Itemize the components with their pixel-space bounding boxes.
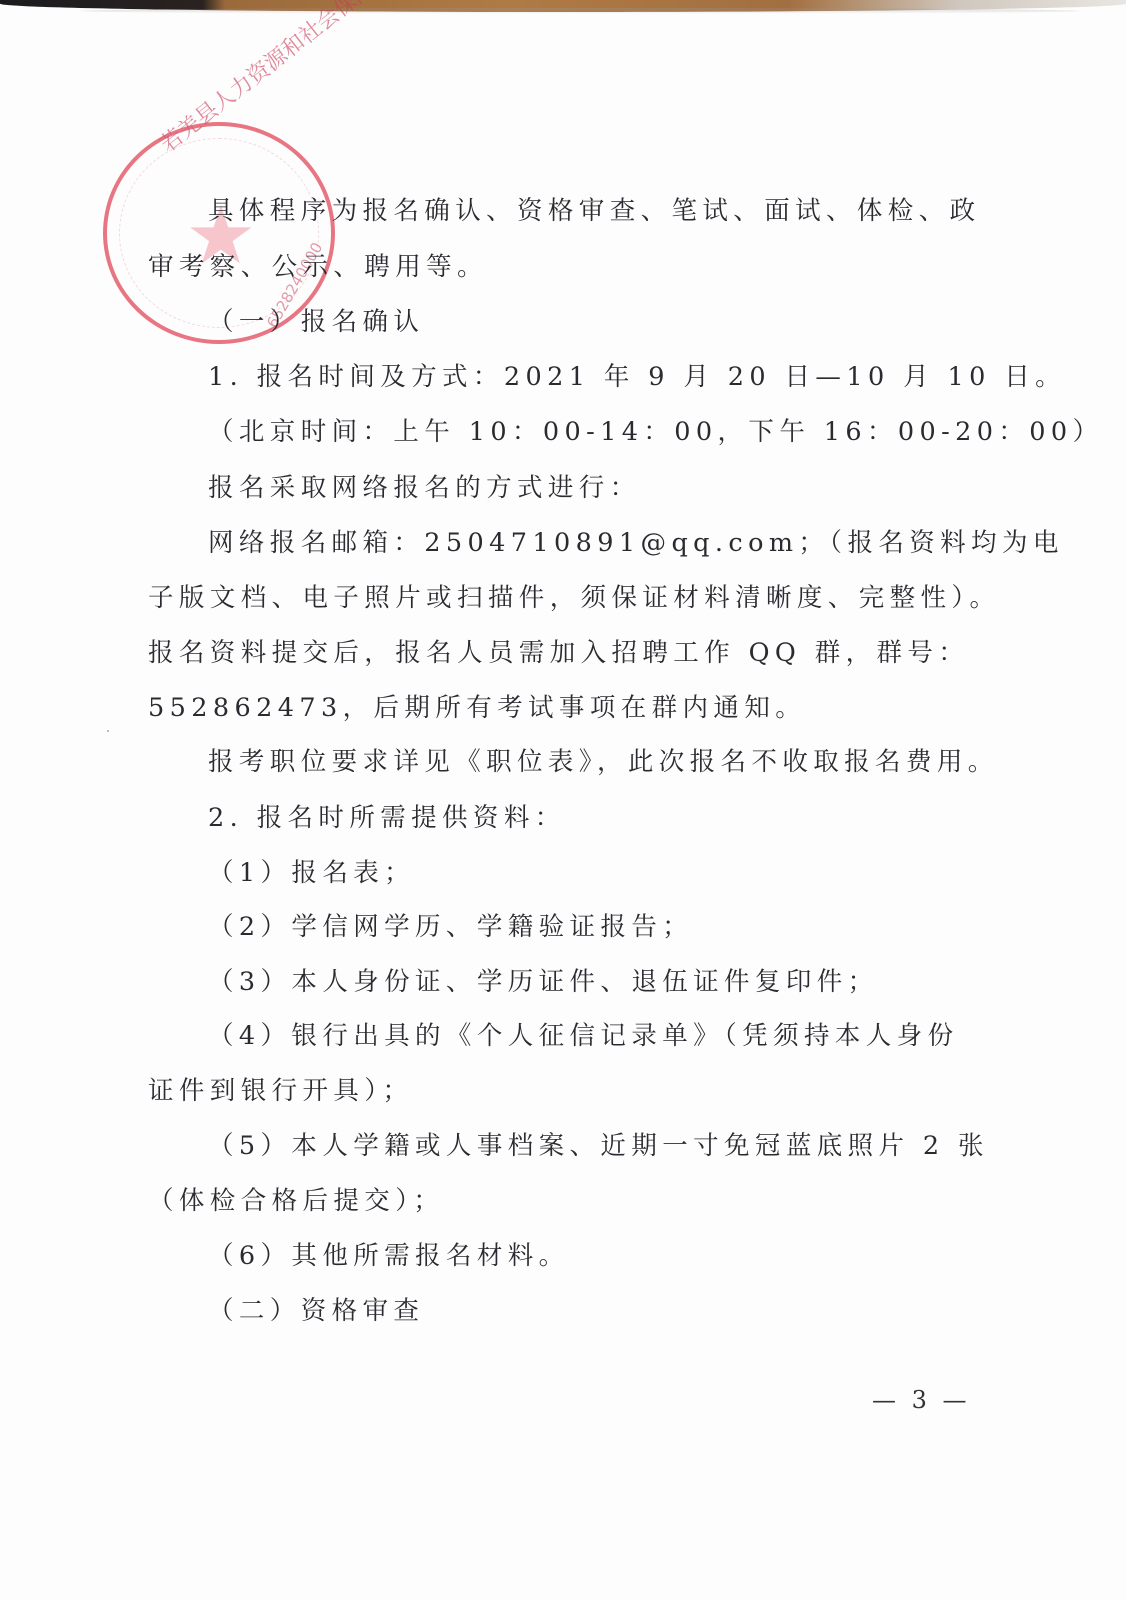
paragraph-registration-time: 1. 报名时间及方式：2021 年 9 月 20 日—10 月 10 日。	[208, 362, 1066, 392]
paragraph-email-cont: 子版文档、电子照片或扫描件，须保证材料清晰度、完整性）。	[148, 583, 1000, 613]
paragraph-email: 网络报名邮箱：2504710891@qq.com；（报名资料均为电	[208, 528, 1064, 558]
page-number: — 3 —	[872, 1386, 971, 1414]
list-item-3: （3）本人身份证、学历证件、退伍证件复印件；	[208, 967, 879, 997]
paragraph-qq-group: 报名资料提交后，报名人员需加入招聘工作 QQ 群，群号：	[148, 638, 969, 668]
list-item-4-cont: 证件到银行开具）；	[148, 1076, 413, 1106]
section-heading-registration: （一）报名确认	[208, 307, 424, 337]
seal-text: 若羌县人力资源和社会保障局	[153, 0, 397, 158]
paragraph-online-method: 报名采取网络报名的方式进行：	[208, 473, 641, 503]
section-heading-qualification: （二）资格审查	[208, 1296, 424, 1326]
paragraph-qq-group-cont: 552862473，后期所有考试事项在群内通知。	[148, 693, 806, 723]
paragraph-procedure: 具体程序为报名确认、资格审查、笔试、面试、体检、政	[208, 196, 981, 226]
list-item-1: （1）报名表；	[208, 858, 415, 888]
list-item-6: （6）其他所需报名材料。	[208, 1241, 570, 1271]
scan-speck	[107, 730, 109, 732]
list-item-5: （5）本人学籍或人事档案、近期一寸免冠蓝底照片 2 张	[208, 1131, 989, 1161]
paragraph-required-materials: 2. 报名时所需提供资料：	[208, 803, 566, 833]
list-item-5-cont: （体检合格后提交）；	[148, 1186, 444, 1216]
list-item-4: （4）银行出具的《个人征信记录单》（凭须持本人身份	[208, 1021, 958, 1051]
paragraph-procedure-cont: 审考察、公示、聘用等。	[148, 252, 488, 282]
paragraph-position-table: 报考职位要求详见《职位表》，此次报名不收取报名费用。	[208, 747, 999, 777]
paragraph-beijing-time: （北京时间：上午 10：00-14：00，下午 16：00-20：00）	[208, 417, 1103, 447]
list-item-2: （2）学信网学历、学籍验证报告；	[208, 912, 693, 942]
scan-shadow	[80, 8, 1080, 14]
